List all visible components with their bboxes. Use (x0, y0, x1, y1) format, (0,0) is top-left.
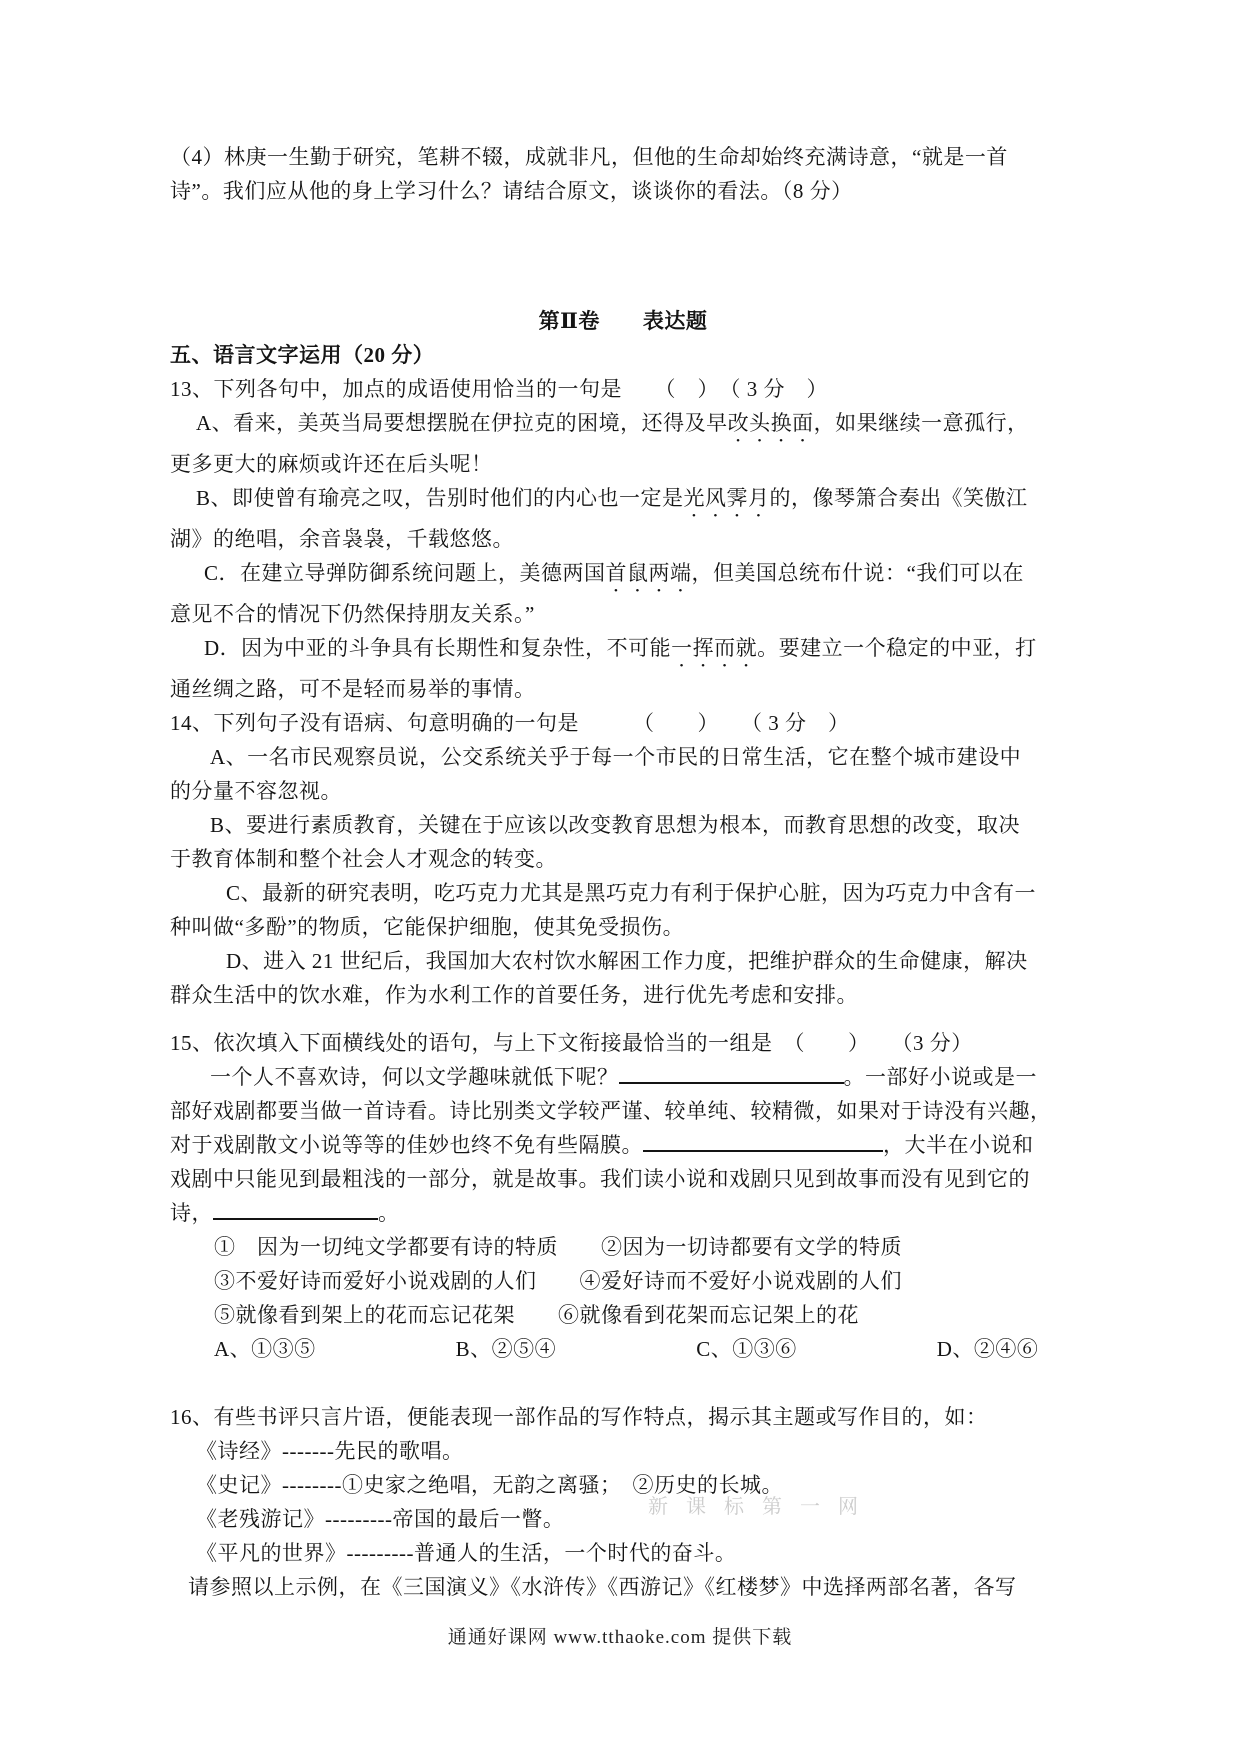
q14-option-d: D、进入 21 世纪后，我国加大农村饮水解困工作力度，把维护群众的生命健康，解决 (170, 944, 1076, 978)
document-body: （4）林庚一生勤于研究，笔耕不辍，成就非凡，但他的生命却始终充满诗意，“就是一首… (170, 140, 1076, 1604)
answer-blank (619, 1064, 844, 1084)
q15-passage-line5: 诗，。 (170, 1196, 1076, 1230)
text-run: 13、下列各句中，加点的成语使用恰当的一句是 （ ） （ 3 分 ） (170, 377, 828, 401)
text-run: 诗”。我们应从他的身上学习什么？请结合原文，谈谈你的看法。（8 分） (170, 179, 853, 203)
q15-passage-line3: 对于戏剧散文小说等等的佳妙也终不免有些隔膜。，大半在小说和 (170, 1128, 1076, 1162)
answer-blank (213, 1200, 378, 1220)
para4-line2: 诗”。我们应从他的身上学习什么？请结合原文，谈谈你的看法。（8 分） (170, 174, 1076, 208)
text-run: ，大半在小说和 (883, 1133, 1034, 1157)
q13-option-d: D．因为中亚的斗争具有长期性和复杂性，不可能一挥而就。要建立一个稳定的中亚，打 (170, 631, 1076, 672)
text-run: 《老残游记》---------帝国的最后一瞥。 (196, 1507, 564, 1531)
q16-example-shiji: 《史记》--------①史家之绝唱，无韵之离骚； ②历史的长城。 (170, 1468, 1076, 1502)
spacer (170, 1366, 1076, 1400)
q13-option-d-cont: 通丝绸之路，可不是轻而易举的事情。 (170, 672, 1076, 706)
spacer (170, 1012, 1076, 1026)
q15-items-3-4: ③不爱好诗而爱好小说戏剧的人们 ④爱好诗而不爱好小说戏剧的人们 (170, 1264, 1076, 1298)
q14-option-b: B、要进行素质教育，关键在于应该以改变教育思想为根本，而教育思想的改变，取决 (170, 808, 1076, 842)
text-run: 一个人不喜欢诗，何以文学趣味就低下呢？ (210, 1065, 619, 1089)
text-run: D、进入 21 世纪后，我国加大农村饮水解困工作力度，把维护群众的生命健康，解决 (226, 949, 1028, 973)
q13-option-a-cont: 更多更大的麻烦或许还在后头呢！ (170, 447, 1076, 481)
q13-option-b-cont: 湖》的绝唱，余音袅袅，千载悠悠。 (170, 522, 1076, 556)
text-run: 更多更大的麻烦或许还在后头呢！ (170, 452, 493, 476)
para4-line1: （4）林庚一生勤于研究，笔耕不辍，成就非凡，但他的生命却始终充满诗意，“就是一首 (170, 140, 1076, 174)
text-run: 《诗经》-------先民的歌唱。 (196, 1439, 463, 1463)
q14-option-b-cont: 于教育体制和整个社会人才观念的转变。 (170, 842, 1076, 876)
q14-option-a-cont: 的分量不容忽视。 (170, 774, 1076, 808)
text-run: 的，像琴箫合奏出《笑傲江 (770, 486, 1028, 510)
q13-option-b: B、即使曾有瑜亮之叹，告别时他们的内心也一定是光风霁月的，像琴箫合奏出《笑傲江 (170, 481, 1076, 522)
text-run: ⑤就像看到架上的花而忘记花架 ⑥就像看到花架而忘记架上的花 (214, 1303, 859, 1327)
text-run: ，但美国总统布什说：“我们可以在 (692, 561, 1024, 585)
q13-option-a: A、看来，美英当局要想摆脱在伊拉克的困境，还得及早改头换面，如果继续一意孤行， (170, 406, 1076, 447)
text-run: 群众生活中的饮水难，作为水利工作的首要任务，进行优先考虑和安排。 (170, 983, 858, 1007)
emphasized-idiom: 光风霁月 (684, 486, 770, 510)
text-run: C、最新的研究表明，吃巧克力尤其是黑巧克力有利于保护心脏，因为巧克力中含有一 (226, 881, 1036, 905)
q14-option-c: C、最新的研究表明，吃巧克力尤其是黑巧克力有利于保护心脏，因为巧克力中含有一 (170, 876, 1076, 910)
text-run: 意见不合的情况下仍然保持朋友关系。” (170, 602, 535, 626)
answer-blank (643, 1132, 883, 1152)
q14-stem: 14、下列句子没有语病、句意明确的一句是 （ ） （ 3 分 ） (170, 706, 1076, 740)
q16-stem: 16、有些书评只言片语，便能表现一部作品的写作特点，揭示其主题或写作目的，如： (170, 1400, 1076, 1434)
text-run: C．在建立导弹防御系统问题上，美德两国 (204, 561, 606, 585)
text-run: 15、依次填入下面横线处的语句，与上下文衔接最恰当的一组是 （ ） （3 分） (170, 1031, 973, 1055)
text-run: 五、语言文字运用（20 分） (170, 343, 434, 367)
q15-choices: A、①③⑤B、②⑤④C、①③⑥D、②④⑥ (170, 1332, 1076, 1366)
text-run: 的分量不容忽视。 (170, 779, 342, 803)
page-footer: 通通好课网 www.tthaoke.com 提供下载 (0, 1622, 1240, 1649)
watermark: 新课标第一网 (648, 1490, 876, 1519)
text-run: 于教育体制和整个社会人才观念的转变。 (170, 847, 557, 871)
q15-items-5-6: ⑤就像看到架上的花而忘记花架 ⑥就像看到花架而忘记架上的花 (170, 1298, 1076, 1332)
q15-passage-line4: 戏剧中只能见到最粗浅的一部分，就是故事。我们读小说和戏剧只见到故事而没有见到它的 (170, 1162, 1076, 1196)
text-run: ① 因为一切纯文学都要有诗的特质 ②因为一切诗都要有文学的特质 (214, 1235, 902, 1259)
text-run: 14、下列句子没有语病、句意明确的一句是 （ ） （ 3 分 ） (170, 711, 850, 735)
exam-page: （4）林庚一生勤于研究，笔耕不辍，成就非凡，但他的生命却始终充满诗意，“就是一首… (0, 0, 1240, 1754)
text-run: 16、有些书评只言片语，便能表现一部作品的写作特点，揭示其主题或写作目的，如： (170, 1405, 988, 1429)
text-run: B、即使曾有瑜亮之叹，告别时他们的内心也一定是 (196, 486, 684, 510)
text-run: 戏剧中只能见到最粗浅的一部分，就是故事。我们读小说和戏剧只见到故事而没有见到它的 (170, 1167, 1030, 1191)
text-run: 。 (378, 1201, 400, 1225)
text-run: B、要进行素质教育，关键在于应该以改变教育思想为根本，而教育思想的改变，取决 (210, 813, 1020, 837)
text-run: A、看来，美英当局要想摆脱在伊拉克的困境，还得及早 (196, 411, 728, 435)
q14-option-c-cont: 种叫做“多酚”的物质，它能保护细胞，使其免受损伤。 (170, 910, 1076, 944)
text-run: 对于戏剧散文小说等等的佳妙也终不免有些隔膜。 (170, 1133, 643, 1157)
text-run: D．因为中亚的斗争具有长期性和复杂性，不可能 (204, 636, 671, 660)
text-run: ，如果继续一意孤行， (814, 411, 1029, 435)
text-run: A、一名市民观察员说，公交系统关乎于每一个市民的日常生活，它在整个城市建设中 (210, 745, 1021, 769)
text-run: 部好戏剧都要当做一首诗看。诗比别类文学较严谨、较单纯、较精微，如果对于诗没有兴趣… (170, 1099, 1052, 1123)
part2-heading: 第Ⅱ卷 表达题 (170, 304, 1076, 338)
choice-option: C、①③⑥ (696, 1332, 797, 1366)
q16-instruction: 请参照以上示例，在《三国演义》《水浒传》《西游记》《红楼梦》中选择两部名著，各写 (170, 1570, 1076, 1604)
q13-option-c: C．在建立导弹防御系统问题上，美德两国首鼠两端，但美国总统布什说：“我们可以在 (170, 556, 1076, 597)
emphasized-idiom: 首鼠两端 (606, 561, 692, 585)
text-run: 种叫做“多酚”的物质，它能保护细胞，使其免受损伤。 (170, 915, 684, 939)
text-run: 湖》的绝唱，余音袅袅，千载悠悠。 (170, 527, 514, 551)
text-run: 。要建立一个稳定的中亚，打 (757, 636, 1037, 660)
emphasized-idiom: 改头换面 (728, 411, 814, 435)
q13-stem: 13、下列各句中，加点的成语使用恰当的一句是 （ ） （ 3 分 ） (170, 372, 1076, 406)
q15-stem: 15、依次填入下面横线处的语句，与上下文衔接最恰当的一组是 （ ） （3 分） (170, 1026, 1076, 1060)
q16-example-laocan: 《老残游记》---------帝国的最后一瞥。 (170, 1502, 1076, 1536)
q15-items-1-2: ① 因为一切纯文学都要有诗的特质 ②因为一切诗都要有文学的特质 (170, 1230, 1076, 1264)
q16-example-pingfan: 《平凡的世界》---------普通人的生活，一个时代的奋斗。 (170, 1536, 1076, 1570)
text-run: 通丝绸之路，可不是轻而易举的事情。 (170, 677, 536, 701)
choice-option: A、①③⑤ (214, 1332, 316, 1366)
q15-passage-line1: 一个人不喜欢诗，何以文学趣味就低下呢？。一部好小说或是一 (170, 1060, 1076, 1094)
text-run: （4）林庚一生勤于研究，笔耕不辍，成就非凡，但他的生命却始终充满诗意，“就是一首 (170, 145, 1008, 169)
choice-option: B、②⑤④ (456, 1332, 557, 1366)
text-run: 第Ⅱ卷 表达题 (539, 309, 708, 333)
q13-option-c-cont: 意见不合的情况下仍然保持朋友关系。” (170, 597, 1076, 631)
emphasized-idiom: 一挥而就 (671, 636, 757, 660)
text-run: 诗， (170, 1201, 213, 1225)
q15-passage-line2: 部好戏剧都要当做一首诗看。诗比别类文学较严谨、较单纯、较精微，如果对于诗没有兴趣… (170, 1094, 1076, 1128)
text-run: 《平凡的世界》---------普通人的生活，一个时代的奋斗。 (196, 1541, 736, 1565)
q14-option-d-cont: 群众生活中的饮水难，作为水利工作的首要任务，进行优先考虑和安排。 (170, 978, 1076, 1012)
choice-option: D、②④⑥ (937, 1332, 1039, 1366)
q16-example-shijing: 《诗经》-------先民的歌唱。 (170, 1434, 1076, 1468)
spacer (170, 208, 1076, 304)
text-run: ③不爱好诗而爱好小说戏剧的人们 ④爱好诗而不爱好小说戏剧的人们 (214, 1269, 902, 1293)
text-run: 请参照以上示例，在《三国演义》《水浒传》《西游记》《红楼梦》中选择两部名著，各写 (188, 1575, 1017, 1599)
text-run: 。一部好小说或是一 (844, 1065, 1038, 1089)
section5-heading: 五、语言文字运用（20 分） (170, 338, 1076, 372)
q14-option-a: A、一名市民观察员说，公交系统关乎于每一个市民的日常生活，它在整个城市建设中 (170, 740, 1076, 774)
